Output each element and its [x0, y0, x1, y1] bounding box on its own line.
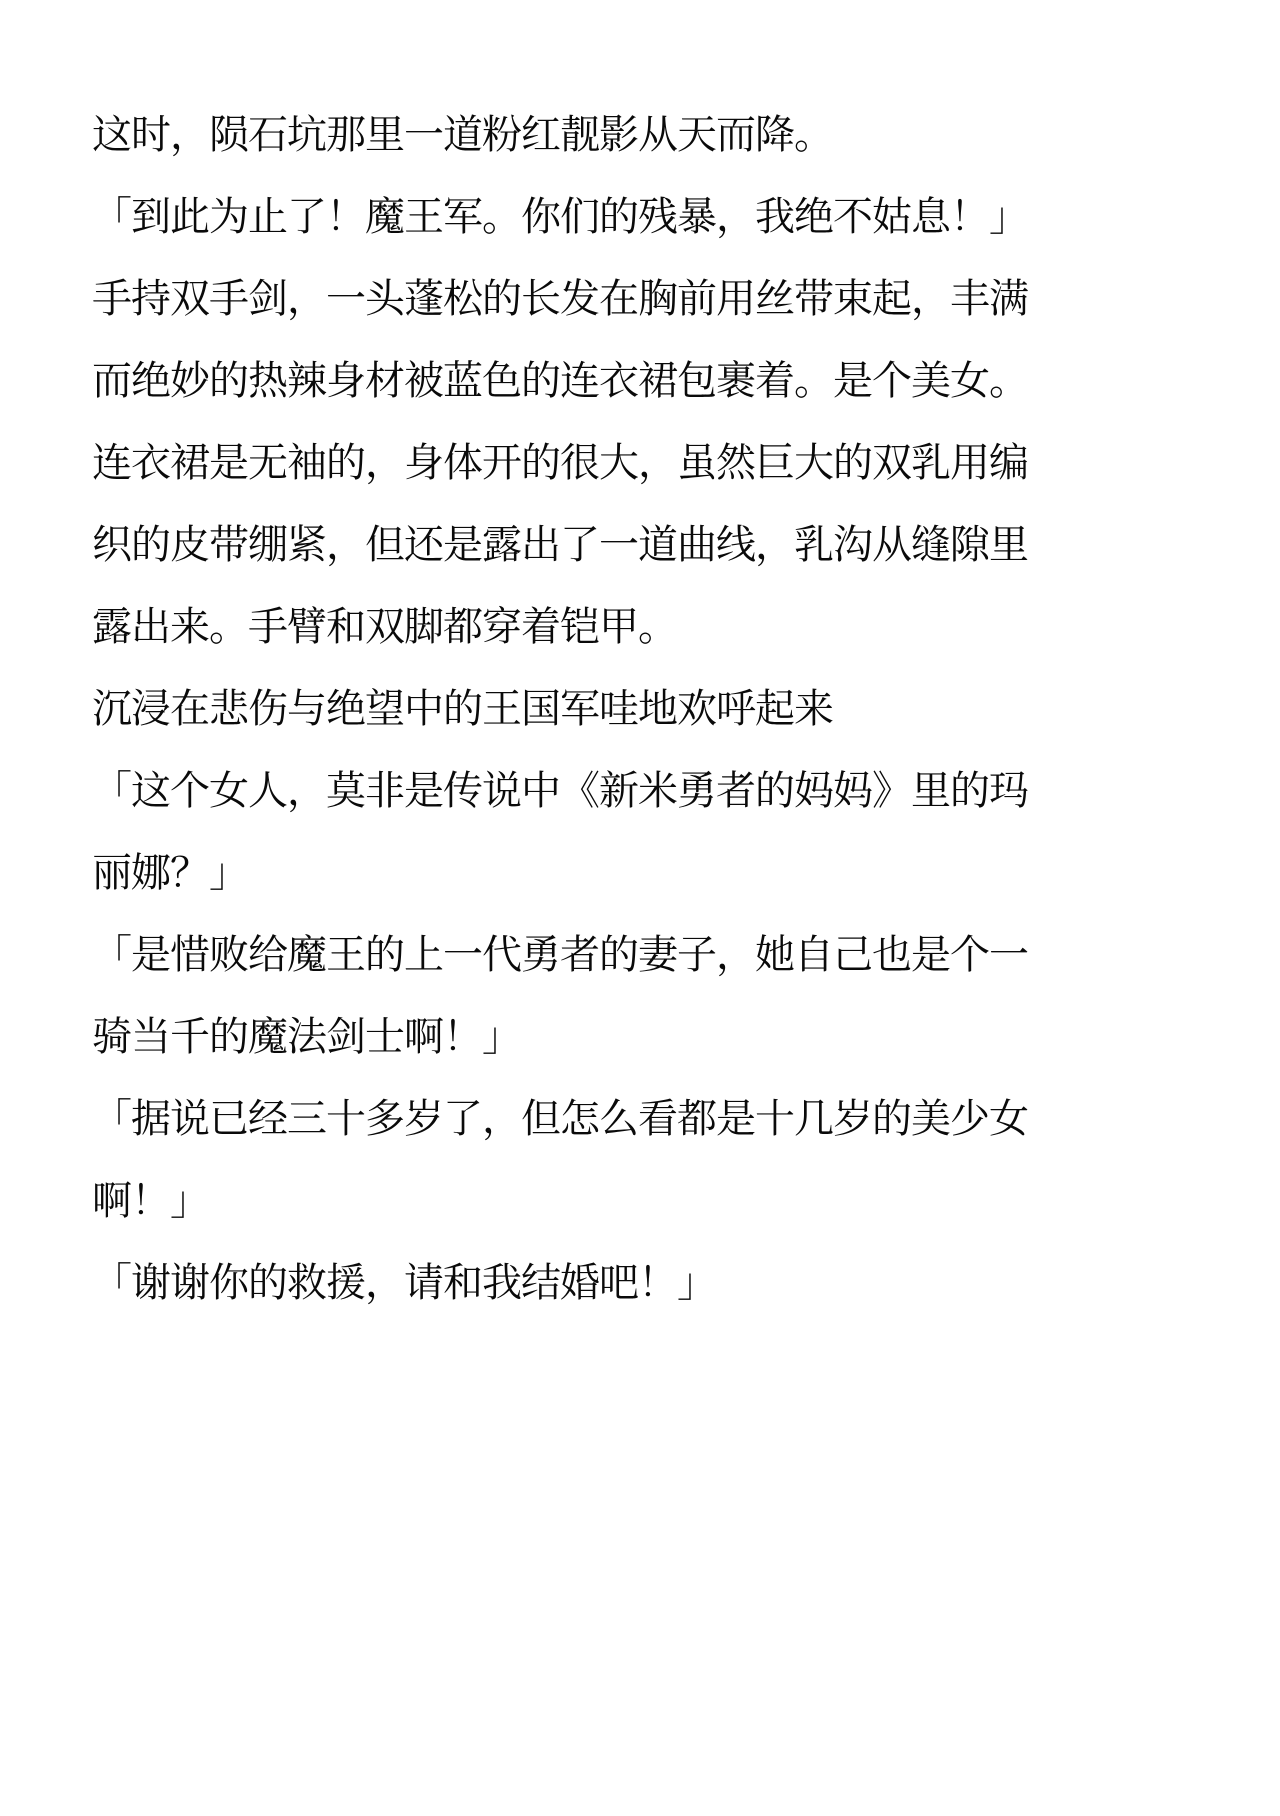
text-line: 「谢谢你的救援，请和我结婚吧！」: [92, 1242, 1022, 1324]
text-line: 骑当千的魔法剑士啊！」: [92, 996, 1022, 1078]
text-line: 「到此为止了！魔王军。你们的残暴，我绝不姑息！」: [92, 176, 1022, 258]
text-line: 这时，陨石坑那里一道粉红靓影从天而降。: [92, 94, 1022, 176]
text-line: 「据说已经三十多岁了，但怎么看都是十几岁的美少女: [92, 1078, 1022, 1160]
text-line: 织的皮带绷紧，但还是露出了一道曲线，乳沟从缝隙里: [92, 504, 1022, 586]
text-line: 连衣裙是无袖的，身体开的很大，虽然巨大的双乳用编: [92, 422, 1022, 504]
text-line: 手持双手剑，一头蓬松的长发在胸前用丝带束起，丰满: [92, 258, 1022, 340]
text-line: 沉浸在悲伤与绝望中的王国军哇地欢呼起来: [92, 668, 1022, 750]
text-line: 而绝妙的热辣身材被蓝色的连衣裙包裹着。是个美女。: [92, 340, 1022, 422]
text-line: 啊！」: [92, 1160, 1022, 1242]
text-line: 丽娜？」: [92, 832, 1022, 914]
text-line: 「这个女人，莫非是传说中《新米勇者的妈妈》里的玛: [92, 750, 1022, 832]
text-line: 露出来。手臂和双脚都穿着铠甲。: [92, 586, 1022, 668]
text-block: 这时，陨石坑那里一道粉红靓影从天而降。 「到此为止了！魔王军。你们的残暴，我绝不…: [92, 94, 1022, 1324]
document-page: 这时，陨石坑那里一道粉红靓影从天而降。 「到此为止了！魔王军。你们的残暴，我绝不…: [0, 0, 1280, 1816]
text-line: 「是惜败给魔王的上一代勇者的妻子，她自己也是个一: [92, 914, 1022, 996]
